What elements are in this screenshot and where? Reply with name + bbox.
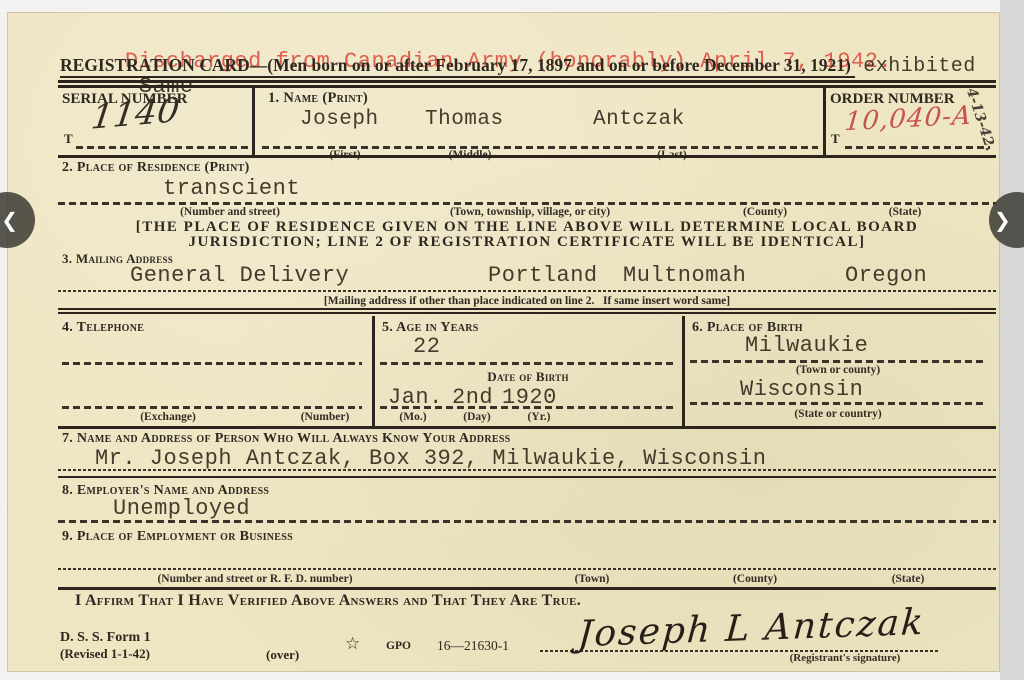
section-rule	[58, 155, 996, 158]
over-note: (over)	[266, 647, 299, 663]
typed-note-exhibited: exhibited	[863, 55, 976, 78]
viewer-canvas: Discharged from Canadian Army (honorably…	[0, 0, 1024, 680]
star-icon: ☆	[345, 634, 360, 654]
dashed-line	[62, 406, 362, 409]
chevron-right-icon: ❯	[994, 208, 1011, 232]
card-header: REGISTRATION CARD—(Men born on or after …	[60, 55, 976, 78]
dashed-line	[58, 568, 996, 570]
section-rule	[58, 426, 996, 429]
serial-prefix: T	[64, 131, 73, 147]
name-middle-value: Thomas	[425, 108, 504, 131]
form-revision: (Revised 1-1-42)	[60, 646, 150, 662]
mailing-town-value: Portland	[488, 263, 598, 288]
double-rule	[58, 80, 996, 88]
gpo-mark: GPO	[386, 640, 411, 652]
dashed-line	[62, 362, 362, 365]
dashed-line	[380, 406, 676, 409]
name-label: 1. Name (Print)	[268, 90, 368, 107]
dashed-line	[76, 146, 248, 149]
chevron-left-icon: ❮	[1, 208, 18, 232]
dob-sub-year: (Yr.)	[528, 411, 551, 423]
column-divider	[682, 316, 685, 427]
telephone-sub-exchange: (Exchange)	[140, 411, 196, 423]
double-rule	[58, 308, 996, 314]
dashed-line	[58, 520, 996, 523]
column-divider	[252, 88, 255, 155]
birth-sub-town: (Town or county)	[796, 364, 880, 376]
birth-state-value: Wisconsin	[740, 377, 863, 402]
residence-sub-county: (County)	[743, 206, 787, 218]
dob-sub-month: (Mo.)	[399, 411, 426, 423]
birth-sub-state: (State or country)	[794, 408, 881, 420]
form-number: D. S. S. Form 1	[60, 630, 151, 646]
section-rule	[58, 476, 996, 478]
print-code: 16—21630-1	[437, 638, 509, 654]
mailing-state-value: Oregon	[845, 263, 927, 288]
age-value: 22	[413, 334, 440, 359]
order-prefix: T	[831, 131, 840, 147]
name-last-value: Antczak	[593, 108, 685, 131]
card-title-criteria: —(Men born on or after February 17, 1897…	[250, 55, 851, 75]
employment-label: 9. Place of Employment or Business	[62, 529, 293, 545]
viewer-right-gutter	[1000, 0, 1024, 680]
mailing-street-value: General Delivery	[130, 263, 349, 288]
employer-value: Unemployed	[113, 496, 250, 521]
dob-label: Date of Birth	[487, 369, 568, 385]
dashed-line	[845, 146, 990, 149]
residence-value: transcient	[163, 176, 300, 201]
contact-value: Mr. Joseph Antczak, Box 392, Milwaukie, …	[95, 446, 766, 471]
birth-town-value: Milwaukie	[745, 333, 868, 358]
contact-label: 7. Name and Address of Person Who Will A…	[62, 431, 511, 447]
column-divider	[823, 88, 826, 155]
residence-sub-town: (Town, township, village, or city)	[450, 206, 610, 218]
dashed-line	[58, 202, 996, 205]
mailing-county-value: Multnomah	[623, 263, 746, 288]
section-rule	[58, 587, 996, 590]
card-title: REGISTRATION CARD	[60, 55, 250, 75]
dashed-line	[58, 469, 996, 471]
telephone-sub-number: (Number)	[301, 411, 350, 423]
mailing-note: [Mailing address if other than place ind…	[58, 295, 996, 307]
dashed-line	[380, 362, 676, 365]
residence-sub-street: (Number and street)	[180, 206, 280, 218]
residence-sub-state: (State)	[889, 206, 922, 218]
dashed-line	[690, 402, 986, 405]
dashed-line	[58, 290, 996, 292]
employment-sub-street: (Number and street or R. F. D. number)	[157, 573, 352, 585]
employment-sub-town: (Town)	[575, 573, 610, 585]
column-divider	[372, 316, 375, 427]
dashed-line	[690, 360, 986, 363]
residence-notice-line2: JURISDICTION; LINE 2 OF REGISTRATION CER…	[58, 234, 996, 251]
employment-sub-county: (County)	[733, 573, 777, 585]
signature-sublabel: (Registrant's signature)	[790, 652, 901, 664]
serial-number-value: 1140	[89, 90, 182, 137]
residence-label: 2. Place of Residence (Print)	[62, 160, 250, 176]
affirmation-text: I Affirm That I Have Verified Above Answ…	[75, 592, 581, 610]
employment-sub-state: (State)	[892, 573, 925, 585]
telephone-label: 4. Telephone	[62, 320, 144, 336]
dob-sub-day: (Day)	[463, 411, 490, 423]
name-first-value: Joseph	[300, 108, 379, 131]
